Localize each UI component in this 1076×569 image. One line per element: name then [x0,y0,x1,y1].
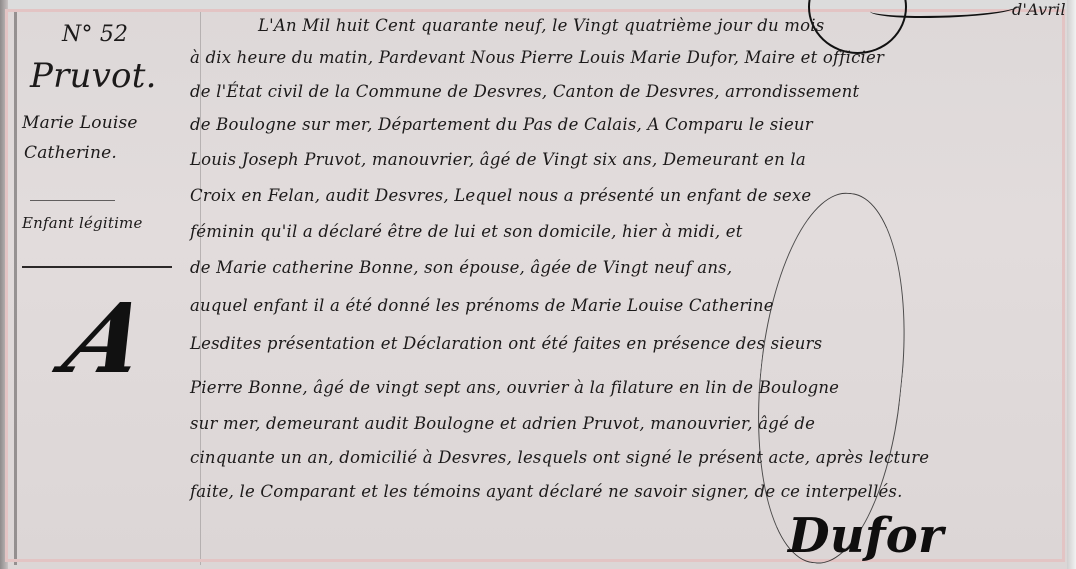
body-line-5: Louis Joseph Pruvot, manouvrier, âgé de … [190,150,806,169]
margin-given-names-1: Marie Louise [22,113,138,133]
body-line-10: Lesdites présentation et Déclaration ont… [190,334,822,353]
record-number: N° 52 [62,22,128,47]
document-page: d'Avril N° 52 Pruvot. Marie Louise Cathe… [0,0,1076,569]
mayor-signature: Dufor [788,508,943,564]
body-line-7: féminin qu'il a déclaré être de lui et s… [190,222,743,241]
body-line-6: Croix en Felan, audit Desvres, Lequel no… [190,186,811,205]
body-line-13: cinquante un an, domicilié à Desvres, le… [190,448,929,467]
body-line-9: auquel enfant il a été donné les prénoms… [190,296,774,315]
margin-underline [22,266,172,268]
month-fragment: d'Avril [1012,0,1066,19]
body-line-14: faite, le Comparant et les témoins ayant… [190,482,903,501]
body-line-4: de Boulogne sur mer, Département du Pas … [190,115,813,134]
scan-right-edge [1067,0,1076,569]
body-line-11: Pierre Bonne, âgé de vingt sept ans, ouv… [190,378,839,397]
body-line-1: L'An Mil huit Cent quarante neuf, le Vin… [258,16,824,35]
margin-short-rule [30,200,115,201]
legitimacy-status: Enfant légitime [22,214,143,232]
body-line-8: de Marie catherine Bonne, son épouse, âg… [190,258,732,277]
body-line-3: de l'État civil de la Commune de Desvres… [190,82,859,101]
margin-surname: Pruvot. [30,56,157,96]
body-line-12: sur mer, demeurant audit Boulogne et adr… [190,414,815,433]
body-line-2: à dix heure du matin, Pardevant Nous Pie… [190,48,884,67]
margin-given-names-2: Catherine. [24,143,117,163]
